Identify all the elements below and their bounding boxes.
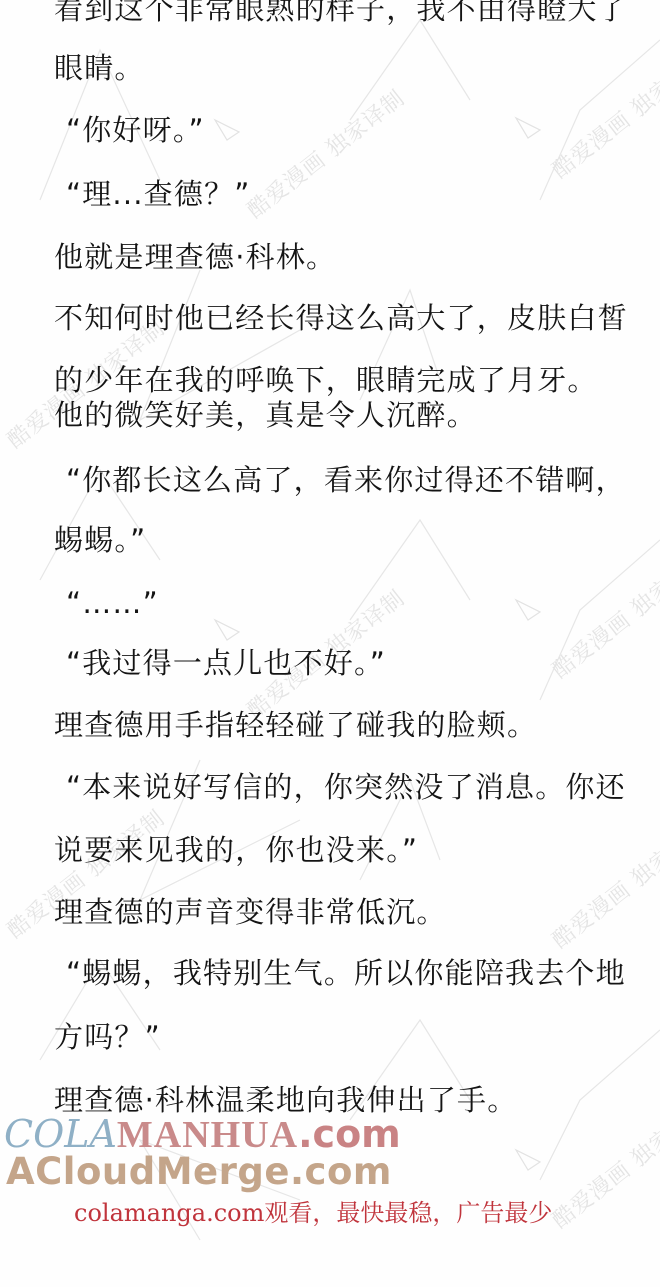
watermark-text: 酷爱漫画 独家译制	[240, 82, 410, 225]
watermark-text: 酷爱漫画 独家译制	[545, 542, 660, 685]
story-line: 蜴蜴。”	[54, 522, 146, 558]
acloudmerge-logo: ACloudMerge.com	[6, 1150, 392, 1194]
promo-text: colamanga.com观看，最快最稳，广告最少	[74, 1198, 552, 1228]
watermark-text: 酷爱漫画 独家译制	[545, 42, 660, 185]
story-line: 说要来见我的，你也没来。”	[54, 832, 418, 868]
story-line: “你好呀。”	[66, 112, 205, 148]
story-line: “理...查德？”	[66, 176, 251, 212]
story-line: “我过得一点儿也不好。”	[66, 645, 386, 681]
story-line: 方吗？”	[54, 1019, 161, 1055]
story-line: 看到这个非常眼熟的样子，我不由得瞪大了	[54, 0, 628, 27]
watermark-text: 酷爱漫画 独家译制	[545, 1092, 660, 1235]
story-line: 的少年在我的呼唤下，眼睛完成了月牙。	[54, 362, 598, 398]
story-line: 理查德的声音变得非常低沉。	[54, 894, 447, 930]
story-line: 理查德用手指轻轻碰了碰我的脸颊。	[54, 707, 537, 743]
story-line: “……”	[66, 585, 159, 621]
novel-page: 酷爱漫画 独家译制 酷爱漫画 独家译制 酷爱漫画 独家译制 酷爱漫画 独家译制 …	[0, 0, 660, 1287]
story-line: 眼睛。	[54, 50, 145, 86]
story-line: 他的微笑好美，真是令人沉醉。	[54, 397, 477, 433]
story-line: 不知何时他已经长得这么高大了，皮肤白皙	[54, 300, 628, 336]
story-line: 他就是理查德·科林。	[54, 239, 336, 275]
story-line: “蜴蜴，我特别生气。所以你能陪我去个地	[66, 955, 626, 991]
story-line: “本来说好写信的，你突然没了消息。你还	[66, 769, 626, 805]
watermark-text: 酷爱漫画 独家译制	[545, 812, 660, 955]
story-line: “你都长这么高了，看来你过得还不错啊，	[66, 462, 626, 498]
